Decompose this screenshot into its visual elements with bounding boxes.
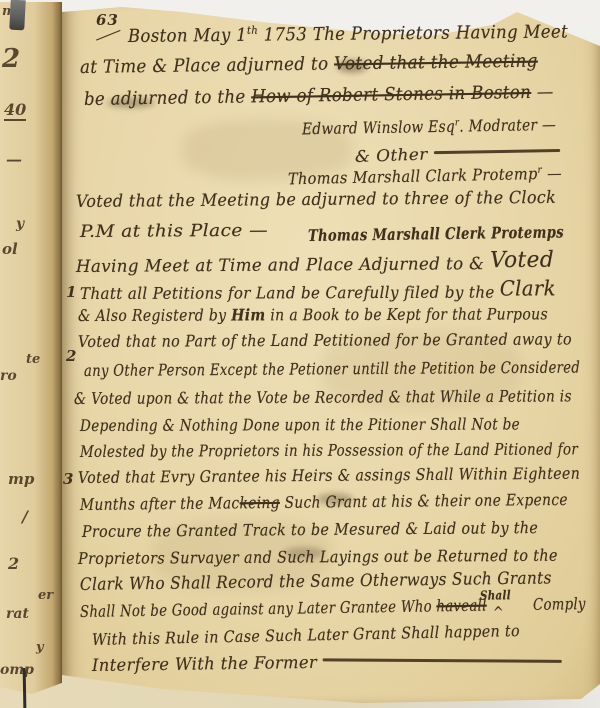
manuscript-text: Molested by the Proprietors in his Posse… bbox=[80, 439, 578, 461]
manuscript-text: any Other Person Except the Petioner unt… bbox=[84, 358, 580, 380]
manuscript-text: keing bbox=[239, 493, 280, 512]
binding-clamp bbox=[9, 0, 26, 30]
manuscript-text: th bbox=[247, 24, 258, 37]
manuscript-text: Him bbox=[231, 305, 265, 324]
manuscript-line: Thomas Marshall Clark Protempr — bbox=[288, 164, 562, 188]
margin-item-number: 1 bbox=[66, 283, 76, 301]
manuscript-line: Proprietors Survayer and Such Layings ou… bbox=[78, 547, 558, 569]
manuscript-line: & Voted upon & that the Vote be Recorded… bbox=[74, 387, 572, 408]
manuscript-text: Thatt all Petitions for Land be Carefull… bbox=[80, 283, 500, 303]
manuscript-line: & Also Registerd by Him in a Book to be … bbox=[78, 305, 548, 325]
manuscript-line: Edward Winslow Esqr. Modrater — bbox=[302, 116, 556, 139]
ink-rule bbox=[323, 658, 562, 662]
margin-item-number: 2 bbox=[66, 347, 76, 365]
manuscript-line: Voted that no Part of the Land Petitione… bbox=[78, 330, 572, 351]
manuscript-line: & Other bbox=[355, 141, 560, 167]
manuscript-text: Edward Winslow Esq bbox=[302, 117, 455, 139]
manuscript-text: Voted that the Meeting bbox=[334, 51, 538, 75]
manuscript-line: Depending & Nothing Done upon it the Pit… bbox=[80, 415, 520, 435]
manuscript-line: Interfere With the Former bbox=[92, 650, 562, 676]
manuscript-text: . Modrater — bbox=[459, 115, 556, 136]
manuscript-line: Thomas Marshall Clerk Protemps bbox=[308, 223, 564, 245]
manuscript-text: — bbox=[531, 82, 554, 103]
manuscript-text: & Other bbox=[355, 144, 434, 166]
manuscript-text: ^ bbox=[493, 604, 504, 622]
manuscript-text: Such Grant at his & their one Expence bbox=[280, 490, 568, 512]
manuscript-text: Thomas Marshall Clerk Protemps bbox=[308, 222, 564, 245]
manuscript-line: Molested by the Proprietors in his Posse… bbox=[80, 440, 578, 461]
manuscript-text: Depending & Nothing Done upon it the Pit… bbox=[80, 414, 520, 435]
manuscript-line: With this Rule in Case Such Later Grant … bbox=[92, 622, 520, 649]
manuscript-text: Shall Not be Good against any Later Gran… bbox=[80, 596, 437, 621]
manuscript-text: in a Book to be Kept for that Purpous bbox=[266, 304, 548, 324]
manuscript-text: P.M at this Place — bbox=[80, 221, 268, 242]
manuscript-text: Clark bbox=[500, 277, 556, 301]
manuscript-line: Procure the Granted Track to be Mesured … bbox=[82, 519, 538, 541]
manuscript-text: Voted that no Part of the Land Petitione… bbox=[78, 329, 572, 351]
manuscript-text-layer: 63 Boston May 1th 1753 The Proprietors H… bbox=[0, 0, 600, 708]
page-number: 63 bbox=[96, 11, 119, 29]
manuscript-text: Having Meet at Time and Place Adjurned t… bbox=[76, 254, 490, 277]
manuscript-text: Shall bbox=[480, 588, 511, 603]
manuscript-line: P.M at this Place — bbox=[80, 222, 268, 243]
manuscript-text: Voted bbox=[490, 248, 554, 274]
manuscript-text: Procure the Granted Track to be Mesured … bbox=[82, 518, 538, 541]
manuscript-text: How of Robert Stones in Boston bbox=[251, 82, 531, 107]
manuscript-text: Voted that the Meeting be adjurned to th… bbox=[76, 188, 556, 212]
manuscript-text: & Voted upon & that the Vote be Recorded… bbox=[74, 386, 572, 408]
manuscript-line: Thatt all Petitions for Land be Carefull… bbox=[80, 279, 556, 305]
manuscript-text: Comply bbox=[528, 594, 585, 614]
manuscript-text: Voted that Evry Grantee his Heirs & assi… bbox=[78, 464, 580, 487]
manuscript-text: — bbox=[542, 164, 562, 183]
manuscript-text: 1753 The Proprietors Having Meet bbox=[258, 21, 568, 45]
manuscript-line: Shall Not be Good against any Later Gran… bbox=[80, 595, 586, 621]
manuscript-text: Interfere With the Former bbox=[92, 653, 323, 676]
manuscript-scan: m240—yolteromp/2erratyomp 63 Boston May … bbox=[0, 0, 600, 708]
manuscript-text: Thomas Marshall Clark Protemp bbox=[288, 164, 538, 188]
manuscript-text: Munths after the Mac bbox=[80, 493, 240, 514]
manuscript-line: Voted that the Meeting be adjurned to th… bbox=[76, 189, 556, 213]
manuscript-text: Boston May 1 bbox=[128, 25, 247, 47]
manuscript-line: Voted that Evry Grantee his Heirs & assi… bbox=[78, 465, 580, 488]
manuscript-text: at Time & Place adjurned to bbox=[80, 53, 334, 78]
manuscript-line: at Time & Place adjurned to Voted that t… bbox=[80, 52, 538, 79]
manuscript-text: With this Rule in Case Such Later Grant … bbox=[92, 621, 520, 649]
manuscript-line: be adjurned to the How of Robert Stones … bbox=[84, 83, 554, 111]
manuscript-line: any Other Person Except the Petioner unt… bbox=[84, 359, 580, 381]
manuscript-text: Proprietors Survayer and Such Layings ou… bbox=[78, 546, 558, 568]
manuscript-text: & Also Registerd by bbox=[78, 305, 231, 325]
manuscript-line: Boston May 1th 1753 The Proprietors Havi… bbox=[128, 21, 568, 47]
margin-item-number: 3 bbox=[63, 470, 73, 488]
manuscript-line: Munths after the Mackeing Such Grant at … bbox=[80, 491, 568, 514]
ink-rule bbox=[433, 149, 559, 154]
manuscript-line: Having Meet at Time and Place Adjurned t… bbox=[76, 250, 554, 279]
manuscript-text: be adjurned to the bbox=[84, 86, 252, 110]
